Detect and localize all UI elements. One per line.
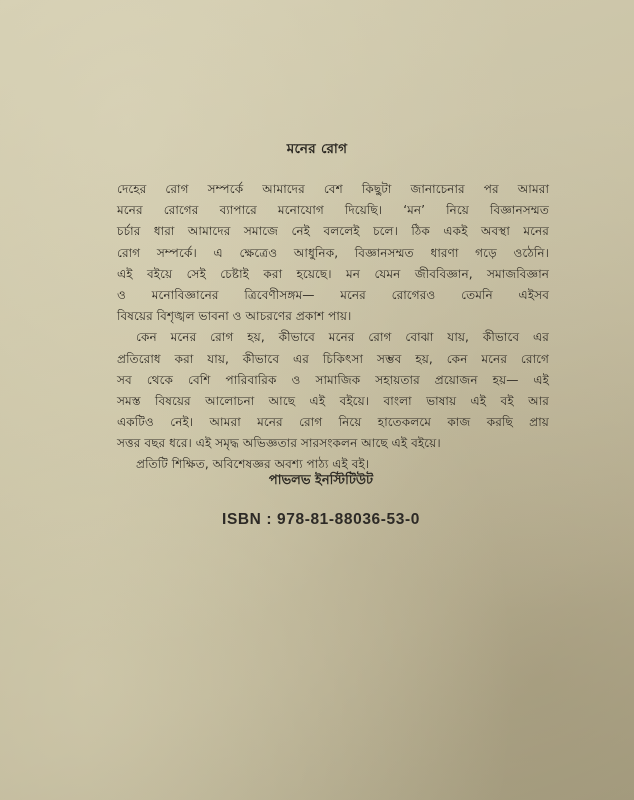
- blurb-line: সত্তর বছর ধরে। এই সমৃদ্ধ অভিজ্ঞতার সারসং…: [117, 433, 549, 454]
- isbn-number: ISBN : 978-81-88036-53-0: [0, 511, 634, 529]
- blurb-line: চর্চার ধারা আমাদের সমাজে নেই বললেই চলে। …: [117, 221, 549, 242]
- blurb-line: একটিও নেই। আমরা মনের রোগ নিয়ে হাতেকলমে …: [117, 412, 549, 433]
- blurb-line: এই বইয়ে সেই চেষ্টাই করা হয়েছে। মন যেমন…: [117, 264, 549, 285]
- blurb-line: সব থেকে বেশি পারিবারিক ও সামাজিক সহায়তা…: [117, 370, 549, 391]
- book-title: মনের রোগ: [0, 138, 634, 161]
- blurb-line: প্রতিরোধ করা যায়, কীভাবে এর চিকিৎসা সম্…: [117, 349, 549, 370]
- blurb-line: মনের রোগের ব্যাপারে মনোযোগ দিয়েছি। ‘মন’…: [117, 200, 549, 221]
- blurb-line: দেহের রোগ সম্পর্কে আমাদের বেশ কিছুটা জান…: [117, 179, 549, 200]
- publisher-name: পাভলভ ইনস্টিটিউট: [0, 471, 634, 492]
- blurb-line: সমস্ত বিষয়ের আলোচনা আছে এই বইয়ে। বাংলা…: [117, 391, 549, 412]
- blurb-line: কেন মনের রোগ হয়, কীভাবে মনের রোগ বোঝা য…: [117, 327, 549, 348]
- blurb-text: দেহের রোগ সম্পর্কে আমাদের বেশ কিছুটা জান…: [117, 179, 549, 476]
- blurb-line: ও মনোবিজ্ঞানের ত্রিবেণীসঙ্গম— মনের রোগের…: [117, 285, 549, 306]
- blurb-line: রোগ সম্পর্কে। এ ক্ষেত্রেও আধুনিক, বিজ্ঞা…: [117, 243, 549, 264]
- book-back-cover: মনের রোগ দেহের রোগ সম্পর্কে আমাদের বেশ ক…: [0, 0, 634, 800]
- blurb-line: বিষয়ের বিশৃঙ্খল ভাবনা ও আচরণের প্রকাশ প…: [117, 306, 549, 327]
